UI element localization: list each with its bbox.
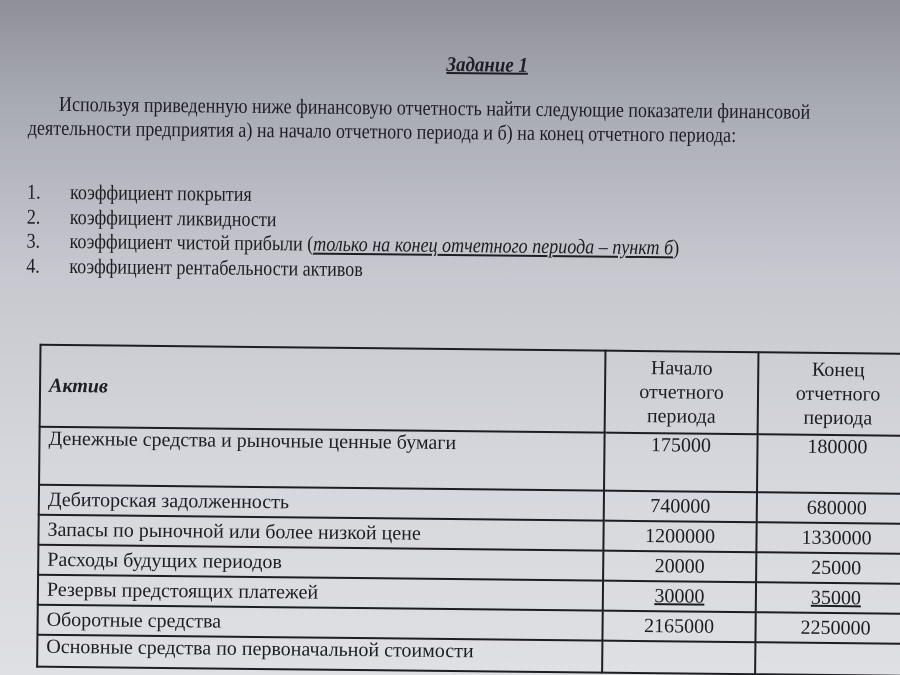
table-header-row: Актив Начало отчетного периода Конец отч… xyxy=(40,345,900,436)
intro-text: Используя приведенную ниже финансовую от… xyxy=(28,92,897,149)
task-intro: Используя приведенную ниже финансовую от… xyxy=(28,92,897,149)
document-page: Задание 1 Используя приведенную ниже фин… xyxy=(0,0,900,675)
header-period-start: Начало отчетного периода xyxy=(605,351,759,435)
task-note: только на конец отчетного периода – пунк… xyxy=(313,232,673,260)
header-period-end: Конец отчетного периода xyxy=(758,352,900,436)
table-row: Денежные средства и рыночные ценные бума… xyxy=(39,427,900,494)
header-asset: Актив xyxy=(40,345,606,433)
task-list: 1.коэффициент покрытия 2.коэффициент лик… xyxy=(26,180,887,287)
task-title: Задание 1 xyxy=(446,52,528,78)
balance-table: Актив Начало отчетного периода Конец отч… xyxy=(36,344,900,675)
